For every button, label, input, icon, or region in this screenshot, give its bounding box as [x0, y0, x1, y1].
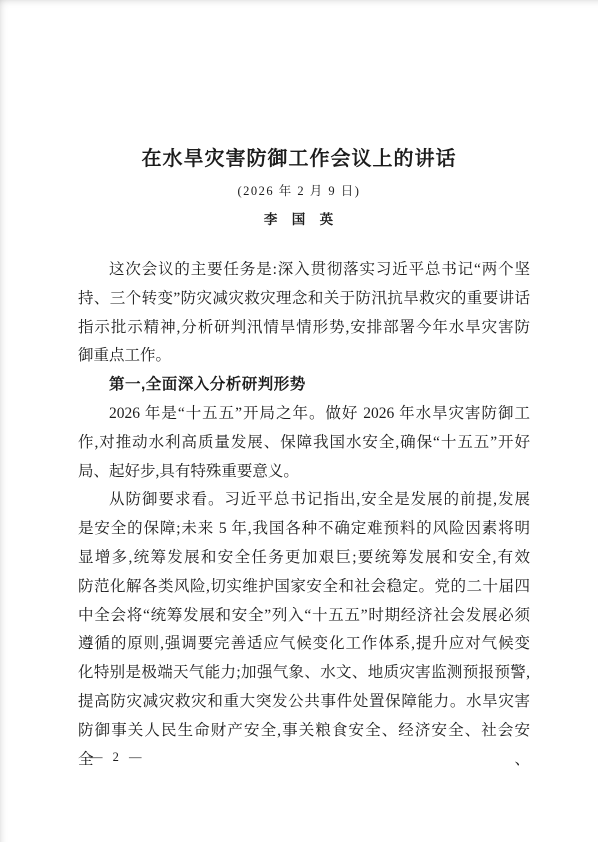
text-line: 提高防灾减灾救灾和重大突发公共事件处置保障能力。水旱灾害 [78, 688, 530, 717]
paragraph: 这次会议的主要任务是:深入贯彻落实习近平总书记“两个坚持、三个转变”防灾减灾救灾… [78, 256, 530, 371]
text-line: 防范化解各类风险,切实维护国家安全和社会稳定。党的二十届四 [78, 573, 530, 602]
text-line: 是安全的保障;未来 5 年,我国各种不确定难预料的风险因素将明 [78, 515, 530, 544]
text-line: 局、起好步,具有特殊重要意义。 [78, 458, 530, 487]
paragraph: 2026 年是“十五五”开局之年。做好 2026 年水旱灾害防御工作,对推动水利… [78, 400, 530, 486]
text-line: 指示批示精神,分析研判汛情旱情形势,安排部署今年水旱灾害防 [78, 314, 530, 343]
document-page: 在水旱灾害防御工作会议上的讲话 (2026 年 2 月 9 日) 李 国 英 这… [0, 0, 598, 842]
text-line: 作,对推动水利高质量发展、保障我国水安全,确保“十五五”开好 [78, 429, 530, 458]
document-body: 这次会议的主要任务是:深入贯彻落实习近平总书记“两个坚持、三个转变”防灾减灾救灾… [78, 256, 530, 774]
text-line: 中全会将“统筹发展和安全”列入“十五五”时期经济社会发展必须 [78, 602, 530, 631]
document-title: 在水旱灾害防御工作会议上的讲话 [0, 148, 598, 170]
paragraph: 从防御要求看。习近平总书记指出,安全是发展的前提,发展是安全的保障;未来 5 年… [78, 486, 530, 774]
document-author: 李 国 英 [0, 212, 598, 228]
document-date: (2026 年 2 月 9 日) [0, 184, 598, 199]
text-line: 遵循的原则,强调要完善适应气候变化工作体系,提升应对气候变 [78, 630, 530, 659]
section-heading: 第一,全面深入分析研判形势 [78, 371, 530, 400]
page-number: — 2 — [90, 750, 143, 765]
text-line: 御重点工作。 [78, 342, 530, 371]
text-line: 显增多,统筹发展和安全任务更加艰巨;要统筹发展和安全,有效 [78, 544, 530, 573]
text-line: 第一,全面深入分析研判形势 [78, 371, 530, 400]
text-line: 这次会议的主要任务是:深入贯彻落实习近平总书记“两个坚 [78, 256, 530, 285]
text-line: 防御事关人民生命财产安全,事关粮食安全、经济安全、社会安全、 [78, 717, 530, 775]
text-line: 从防御要求看。习近平总书记指出,安全是发展的前提,发展 [78, 486, 530, 515]
text-line: 2026 年是“十五五”开局之年。做好 2026 年水旱灾害防御工 [78, 400, 530, 429]
text-line: 持、三个转变”防灾减灾救灾理念和关于防汛抗旱救灾的重要讲话 [78, 285, 530, 314]
text-line: 化特别是极端天气能力;加强气象、水文、地质灾害监测预报预警, [78, 659, 530, 688]
